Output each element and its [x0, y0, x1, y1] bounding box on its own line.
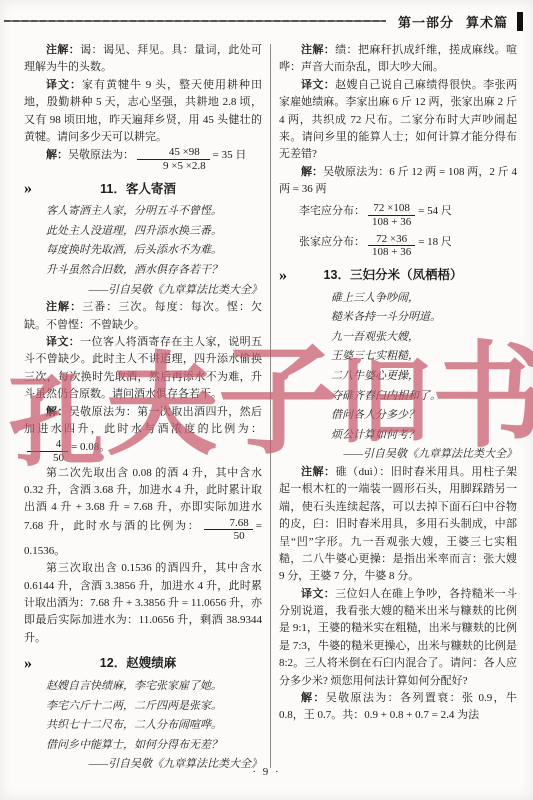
poem-line: 李宅六斤十二两，二斤四两是张家。 — [46, 697, 262, 717]
page-number: · 9 · — [252, 766, 280, 778]
solution-result: = 35 日 — [213, 149, 247, 161]
left-column: 注解：谒：谒见、拜见。具：量词，此处可理解为牛的头数。 译文：家有黄犍牛 9 头… — [24, 42, 262, 774]
solution-paragraph: 解：吴敬原法为：第一次取出酒四升，然后加进水四升，此时水与酒浓度的比例为：450… — [24, 404, 262, 465]
note-label: 注解： — [301, 44, 335, 56]
translation-paragraph: 译文：一位客人将酒寄存在主人家，说明五斗不曾缺少。此时主人不讲道理，四升添水偷换… — [24, 334, 262, 404]
formula-result: = 18 尺 — [418, 236, 452, 248]
translation-label: 译文： — [46, 79, 82, 91]
formula-zhang-family: 张家应分布：72 ×36108 + 36= 18 尺 — [279, 233, 517, 259]
header-part-label: 第一部分 — [398, 12, 454, 31]
solution-label: 解： — [46, 406, 69, 418]
fraction: 450 — [27, 438, 68, 464]
fraction: 72 ×36108 + 36 — [368, 233, 415, 259]
solution-label: 解： — [46, 149, 68, 161]
right-column: 注解：绩：把麻秆扒成纤维，搓成麻线。喧哗：声音大而杂乱，即大吵大闹。 译文：赵嫂… — [279, 42, 517, 774]
poem-source: ——引自吴敬《九章算法比类大全》 — [279, 445, 517, 464]
note-paragraph: 注解：三番：三次。每度：每次。悭：欠缺。不曾悭：不曾缺少。 — [24, 299, 262, 334]
header-section-label: 算术篇 — [466, 12, 508, 31]
page-footer: · 9 · — [0, 766, 533, 778]
fraction-numerator: 72 ×108 — [368, 202, 415, 216]
poem-line: 烦公计算如何考？ — [331, 426, 517, 446]
poem-line: 二八牛婆心更操， — [331, 367, 517, 387]
poem-line: 糙米各持一斗分明道。 — [331, 308, 517, 328]
solution-label: 解： — [301, 166, 323, 178]
body-paragraph: 第二次先取出含 0.08 的酒 4 升，其中含水 0.32 升，含酒 3.68 … — [24, 465, 262, 561]
header-bar — [517, 12, 523, 31]
fraction-denominator: 50 — [204, 530, 253, 543]
poem-line: 此处主人没道理，四升添水换三番。 — [46, 222, 262, 242]
two-column-body: 注解：谒：谒见、拜见。具：量词，此处可理解为牛的头数。 译文：家有黄犍牛 9 头… — [0, 40, 533, 774]
book-page: 第一部分 算术篇 注解：谒：谒见、拜见。具：量词，此处可理解为牛的头数。 译文：… — [0, 0, 533, 800]
formula-li-house: 李宅应分布：72 ×108108 + 36= 54 尺 — [279, 202, 517, 228]
poem-line: 王婆三七实粗糙， — [331, 347, 517, 367]
solution-paragraph: 解：吴敬原法为：45 ×989 ×5 ×2.8= 35 日 — [24, 146, 262, 172]
note-paragraph: 注解：谒：谒见、拜见。具：量词，此处可理解为牛的头数。 — [24, 42, 262, 77]
fraction: 45 ×989 ×5 ×2.8 — [137, 146, 210, 172]
page-header: 第一部分 算术篇 — [4, 10, 523, 32]
note-label: 注解： — [46, 301, 82, 313]
fraction-denominator: 108 + 36 — [368, 216, 415, 229]
poem-line: 借问乡中能算士，如何分得布无差？ — [46, 736, 262, 756]
translation-label: 译文： — [46, 336, 80, 348]
poem-11: 客人寄酒主人家，分明五斗不曾悭。 此处主人没道理，四升添水换三番。 每度换时先取… — [24, 202, 262, 280]
formula-result: = 54 尺 — [418, 206, 452, 218]
section-title: 12．赵嫂绩麻 — [30, 654, 246, 674]
section-heading-11: » 11．客人寄酒 — [24, 180, 262, 200]
note-label: 注解： — [301, 466, 336, 478]
translation-paragraph: 译文：三位妇人在碓上争吵，各持糙米一斗分别说道，我看张大嫂的糙米出米与糠麸的比例… — [279, 586, 517, 690]
formula-label: 张家应分布： — [299, 236, 365, 248]
translation-paragraph: 译文：赵嫂自己说自己麻绩得很快。李张两家雇她绩麻。李家出麻 6 斤 12 两，张… — [279, 77, 517, 164]
note-paragraph: 注解：碓（duì）：旧时舂米用具。用柱子架起一根木杠的一端装一圆形石头，用脚踩踏… — [279, 464, 517, 586]
fraction: 7.6850 — [204, 517, 253, 543]
translation-paragraph: 译文：家有黄犍牛 9 头，整天使用耕种田地，殷勤耕种 5 天，志心坚强，共耕地 … — [24, 77, 262, 147]
poem-13: 碓上三人争吵闹， 糙米各持一斗分明道。 九一吾观张大嫂， 王婆三七实粗糙， 二八… — [279, 289, 517, 446]
solution-label: 解： — [301, 692, 326, 704]
paragraph-text: 第三次取出含 0.1536 的酒四升，其中含水 0.6144 升，含酒 3.38… — [24, 562, 262, 644]
section-title: 11．客人寄酒 — [30, 180, 246, 200]
poem-line: 赵嫂自言快绩麻，李宅张家雇了她。 — [46, 677, 262, 697]
poem-line: 客人寄酒主人家，分明五斗不曾悭。 — [46, 202, 262, 222]
column-divider — [270, 44, 271, 768]
note-label: 注解： — [46, 44, 80, 56]
section-heading-13: » 13．三妇分米（凤栖梧） — [279, 266, 517, 286]
fraction-numerator: 45 ×98 — [137, 146, 210, 160]
fraction: 72 ×108108 + 36 — [368, 202, 415, 228]
body-paragraph: 第三次取出含 0.1536 的酒四升，其中含水 0.6144 升，含酒 3.38… — [24, 560, 262, 647]
solution-suffix: = 0.08。 — [71, 441, 110, 453]
poem-line: 夺碓齐舂臼内相和了。 — [331, 387, 517, 407]
fraction-numerator: 7.68 — [204, 517, 253, 531]
poem-line: 升斗虽然合旧数，酒水俱存各若干？ — [46, 261, 262, 281]
fraction-numerator: 4 — [27, 438, 68, 452]
section-heading-12: » 12．赵嫂绩麻 — [24, 654, 262, 674]
formula-label: 李宅应分布： — [299, 206, 365, 218]
fraction-denominator: 50 — [27, 452, 68, 465]
note-text: 碓（duì）：旧时舂米用具。用柱子架起一根木杠的一端装一圆形石头，用脚踩踏另一端… — [279, 466, 517, 582]
fraction-denominator: 9 ×5 ×2.8 — [137, 160, 210, 173]
solution-paragraph: 解：吴敬原法为：各列置衰：张 0.9，牛 0.8，王 0.7。共：0.9 + 0… — [279, 690, 517, 725]
section-title: 13．三妇分米（凤栖梧） — [285, 266, 501, 286]
fraction-denominator: 108 + 36 — [368, 246, 415, 259]
note-paragraph: 注解：绩：把麻秆扒成纤维，搓成麻线。喧哗：声音大而杂乱，即大吵大闹。 — [279, 42, 517, 77]
poem-line: 借问各人分多少？ — [331, 406, 517, 426]
poem-12: 赵嫂自言快绩麻，李宅张家雇了她。 李宅六斤十二两，二斤四两是张家。 共织七十二尺… — [24, 677, 262, 755]
poem-line: 碓上三人争吵闹， — [331, 289, 517, 309]
header-rule — [4, 20, 386, 22]
poem-source: ——引自吴敬《九章算法比类大全》 — [24, 281, 262, 300]
poem-line: 共织七十二尺布，二人分布闹喧哗。 — [46, 716, 262, 736]
poem-line: 每度换时先取酒，后头添水不为难。 — [46, 241, 262, 261]
solution-paragraph: 解：吴敬原法为：6 斤 12 两 = 108 两，2 斤 4 两 = 36 两 — [279, 164, 517, 199]
poem-line: 九一吾观张大嫂， — [331, 328, 517, 348]
translation-label: 译文： — [301, 79, 335, 91]
fraction-numerator: 72 ×36 — [368, 233, 415, 247]
translation-text: 三位妇人在碓上争吵，各持糙米一斗分别说道，我看张大嫂的糙米出米与糠麸的比例是 9… — [279, 588, 517, 687]
solution-prefix: 吴敬原法为： — [68, 149, 134, 161]
translation-label: 译文： — [301, 588, 335, 600]
